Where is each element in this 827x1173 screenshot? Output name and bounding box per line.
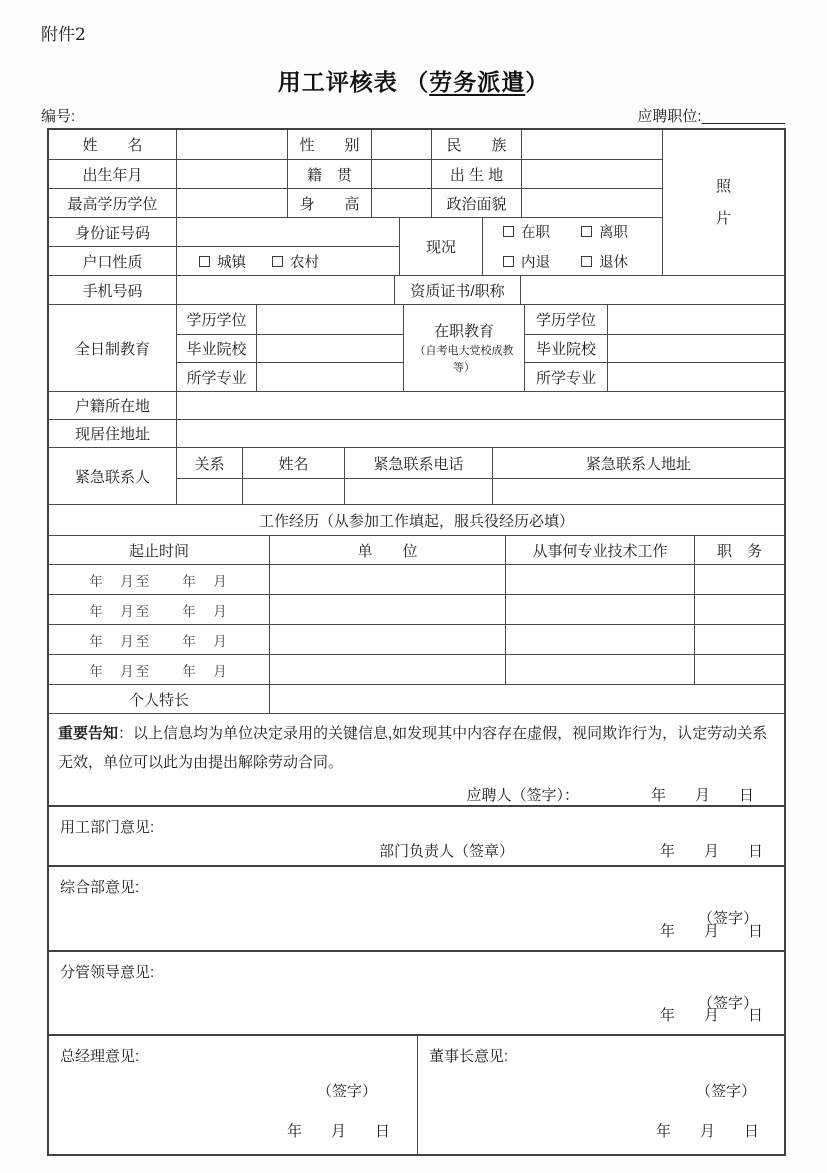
inservice-label-note: （自考电大党校成教等） (407, 343, 521, 376)
personal-specialty-input-cell[interactable] (269, 685, 784, 713)
table-row: 所学专业 (524, 362, 784, 391)
photo-label: 照片 (715, 171, 733, 234)
table-row: 最高学历学位 身 高 政治面貌 (49, 188, 662, 217)
retired-checkbox[interactable] (581, 256, 592, 267)
work-unit-input-cell[interactable] (269, 625, 505, 654)
id-hukou-stack: 身份证号码 户口性质 城镇 农村 (49, 218, 399, 275)
inservice-school-input-cell[interactable] (607, 335, 784, 363)
important-notice-section: 重要告知：以上信息均为单位决定录用的关键信息,如发现其中内容存在虚假，视同欺诈行… (49, 713, 784, 805)
employed-checkbox[interactable] (503, 226, 514, 237)
title-paren-open: （ (405, 69, 429, 95)
general-department-opinion-label: 综合部意见: (60, 876, 139, 897)
work-period-template[interactable]: 年 月至 年 月 (49, 565, 269, 594)
emergency-address-input-cell[interactable] (492, 479, 784, 504)
general-manager-opinion-section: 总经理意见: （签字） 年 月 日 (49, 1036, 417, 1154)
evaluation-form-table: 姓 名 性 别 民 族 出生年月 籍 贯 出 生 地 最高学历学位 (47, 128, 786, 1156)
registered-address-row: 户籍所在地 (49, 391, 784, 419)
emergency-relation-header: 关系 (176, 448, 242, 478)
work-period-header: 起止时间 (49, 536, 269, 564)
table-row: 学历学位 (524, 305, 784, 334)
work-specialty-header: 从事何专业技术工作 (505, 536, 694, 564)
general-manager-opinion-label: 总经理意见: (60, 1045, 139, 1066)
department-opinion-date: 年 月 日 (660, 840, 770, 861)
title-paren-close: ） (525, 69, 549, 95)
work-history-title: 工作经历（从参加工作填起，服兵役经历必填） (49, 505, 784, 535)
height-input-cell[interactable] (371, 189, 431, 217)
gender-input-cell[interactable] (371, 130, 431, 159)
fulltime-major-label: 所学专业 (176, 363, 256, 391)
general-department-opinion-date: 年 月 日 (660, 920, 770, 941)
work-specialty-input-cell[interactable] (505, 655, 694, 684)
origin-label: 籍 贯 (287, 160, 371, 188)
work-history-row: 年 月至 年 月 (49, 564, 784, 594)
early-retired-label: 内退 (521, 251, 550, 272)
work-history-title-row: 工作经历（从参加工作填起，服兵役经历必填） (49, 504, 784, 535)
hukou-option-rural: 农村 (272, 251, 319, 272)
early-retired-checkbox[interactable] (503, 256, 514, 267)
work-period-template[interactable]: 年 月至 年 月 (49, 655, 269, 684)
phone-cert-row: 手机号码 资质证书/职称 (49, 275, 784, 304)
id-status-rows: 身份证号码 户口性质 城镇 农村 现况 在职 (49, 217, 662, 275)
registered-address-label: 户籍所在地 (49, 392, 176, 419)
important-notice-label: 重要告知 (58, 725, 118, 742)
supervising-leader-opinion-label: 分管领导意见: (60, 961, 154, 982)
work-history-row: 年 月至 年 月 (49, 594, 784, 624)
work-unit-input-cell[interactable] (269, 565, 505, 594)
name-input-cell[interactable] (176, 130, 287, 159)
current-address-row: 现居住地址 (49, 419, 784, 447)
emergency-address-header: 紧急联系人地址 (492, 448, 784, 478)
department-opinion-label: 用工部门意见: (60, 816, 154, 837)
applied-position: 应聘职位: __________ (637, 105, 785, 126)
chairman-signature-label[interactable]: （签字） (696, 1080, 756, 1101)
politics-label: 政治面貌 (431, 189, 521, 217)
rural-label: 农村 (290, 251, 319, 272)
identity-section: 姓 名 性 别 民 族 出生年月 籍 贯 出 生 地 最高学历学位 (49, 130, 784, 275)
identity-left: 姓 名 性 别 民 族 出生年月 籍 贯 出 生 地 最高学历学位 (49, 130, 662, 275)
page-title: 用工评核表 （劳务派遣） (0, 64, 827, 97)
emergency-phone-input-cell[interactable] (344, 479, 492, 504)
birthplace-input-cell[interactable] (521, 160, 662, 188)
supervising-leader-opinion-date: 年 月 日 (660, 1004, 770, 1025)
emergency-header-row: 关系 姓名 紧急联系电话 紧急联系人地址 (176, 448, 784, 478)
status-label: 现况 (399, 218, 482, 275)
inservice-label-main: 在职教育 (434, 320, 494, 343)
form-number-label: 编号: (41, 105, 75, 126)
department-head-signature-label[interactable]: 部门负责人（签章） (379, 840, 514, 861)
emergency-name-header: 姓名 (242, 448, 344, 478)
photo-cell: 照片 (662, 130, 784, 275)
resigned-label: 离职 (599, 221, 628, 242)
table-row: 姓 名 性 别 民 族 (49, 130, 662, 159)
department-opinion-section: 用工部门意见: 部门负责人（签章） 年 月 日 (49, 805, 784, 865)
inservice-degree-input-cell[interactable] (607, 305, 784, 334)
emergency-contact-label: 紧急联系人 (49, 448, 176, 504)
form-document-page: 附件2 用工评核表 （劳务派遣） 编号: 应聘职位: __________ 姓 … (0, 0, 827, 1173)
birthplace-label: 出 生 地 (431, 160, 521, 188)
inservice-major-input-cell[interactable] (607, 363, 784, 391)
general-department-opinion-section: 综合部意见: （签字） 年 月 日 (49, 865, 784, 950)
name-label: 姓 名 (49, 130, 176, 159)
emergency-relation-input-cell[interactable] (176, 479, 242, 504)
status-option-resigned: 离职 (581, 221, 659, 242)
ethnic-label: 民 族 (431, 130, 521, 159)
inservice-degree-label: 学历学位 (524, 305, 607, 334)
degree-input-cell[interactable] (176, 189, 287, 217)
meta-row: 编号: 应聘职位: __________ (41, 105, 785, 126)
important-notice-text: ：以上信息均为单位决定录用的关键信息,如发现其中内容存在虚假，视同欺诈行为，认定… (58, 725, 767, 771)
work-position-input-cell[interactable] (694, 565, 784, 594)
birthdate-label: 出生年月 (49, 160, 176, 188)
work-history-header-row: 起止时间 单 位 从事何专业技术工作 职 务 (49, 535, 784, 564)
id-number-label: 身份证号码 (49, 218, 176, 246)
politics-input-cell[interactable] (521, 189, 662, 217)
hukou-label: 户口性质 (49, 247, 176, 275)
status-option-early-retired: 内退 (503, 251, 581, 272)
attachment-label: 附件2 (41, 20, 86, 45)
emergency-phone-header: 紧急联系电话 (344, 448, 492, 478)
birthdate-input-cell[interactable] (176, 160, 287, 188)
fulltime-degree-label: 学历学位 (176, 305, 256, 334)
chairman-opinion-section: 董事长意见: （签字） 年 月 日 (417, 1036, 784, 1154)
table-row: 户口性质 城镇 农村 (49, 246, 399, 275)
work-period-template[interactable]: 年 月至 年 月 (49, 595, 269, 624)
work-unit-input-cell[interactable] (269, 595, 505, 624)
chairman-opinion-date: 年 月 日 (656, 1120, 766, 1141)
work-history-row: 年 月至 年 月 (49, 654, 784, 684)
gender-label: 性 别 (287, 130, 371, 159)
id-number-input-cell[interactable] (176, 218, 399, 246)
degree-label: 最高学历学位 (49, 189, 176, 217)
work-position-header: 职 务 (694, 536, 784, 564)
inservice-school-label: 毕业院校 (524, 335, 607, 363)
work-history-row: 年 月至 年 月 (49, 624, 784, 654)
table-row: 毕业院校 (176, 334, 403, 363)
ethnic-input-cell[interactable] (521, 130, 662, 159)
title-dispatch-tag: 劳务派遣 (429, 69, 525, 95)
inservice-education-label: 在职教育 （自考电大党校成教等） (403, 305, 524, 391)
certificate-input-cell[interactable] (520, 276, 784, 304)
work-specialty-input-cell[interactable] (505, 565, 694, 594)
emergency-contact-section: 紧急联系人 关系 姓名 紧急联系电话 紧急联系人地址 (49, 447, 784, 504)
education-section: 全日制教育 学历学位 毕业院校 所学专业 在职教育 （自考电大党校成教等） (49, 304, 784, 391)
fulltime-education-label: 全日制教育 (49, 305, 176, 391)
work-position-input-cell[interactable] (694, 655, 784, 684)
inservice-major-label: 所学专业 (524, 363, 607, 391)
retired-label: 退休 (599, 251, 628, 272)
work-specialty-input-cell[interactable] (505, 595, 694, 624)
fulltime-school-label: 毕业院校 (176, 335, 256, 363)
origin-input-cell[interactable] (371, 160, 431, 188)
current-address-input-cell[interactable] (176, 420, 784, 447)
executive-opinions-row: 总经理意见: （签字） 年 月 日 董事长意见: （签字） 年 月 日 (49, 1034, 784, 1154)
rural-checkbox[interactable] (272, 256, 283, 267)
emergency-input-row (176, 478, 784, 504)
phone-input-cell[interactable] (176, 276, 394, 304)
emergency-contact-grid: 关系 姓名 紧急联系电话 紧急联系人地址 (176, 448, 784, 504)
emergency-name-input-cell[interactable] (242, 479, 344, 504)
supervising-leader-opinion-section: 分管领导意见: （签字） 年 月 日 (49, 950, 784, 1034)
hukou-option-urban: 城镇 (199, 251, 246, 272)
current-address-label: 现居住地址 (49, 420, 176, 447)
hukou-options-cell: 城镇 农村 (176, 247, 399, 275)
general-manager-opinion-date: 年 月 日 (287, 1120, 397, 1141)
work-period-template[interactable]: 年 月至 年 月 (49, 625, 269, 654)
title-main: 用工评核表 (278, 69, 398, 95)
work-specialty-input-cell[interactable] (505, 625, 694, 654)
table-row: 所学专业 (176, 362, 403, 391)
certificate-label: 资质证书/职称 (394, 276, 520, 304)
urban-checkbox[interactable] (199, 256, 210, 267)
applied-position-fill-line[interactable]: __________ (702, 108, 785, 125)
inservice-education-stack: 学历学位 毕业院校 所学专业 (524, 305, 784, 391)
employed-label: 在职 (521, 221, 550, 242)
fulltime-school-input-cell[interactable] (256, 335, 403, 363)
status-options-cell: 在职 离职 内退 退休 (482, 218, 662, 275)
urban-label: 城镇 (217, 251, 246, 272)
fulltime-education-stack: 学历学位 毕业院校 所学专业 (176, 305, 403, 391)
table-row: 毕业院校 (524, 334, 784, 363)
work-position-input-cell[interactable] (694, 595, 784, 624)
chairman-opinion-label: 董事长意见: (429, 1045, 508, 1066)
fulltime-major-input-cell[interactable] (256, 363, 403, 391)
personal-specialty-label: 个人特长 (49, 685, 269, 713)
personal-specialty-row: 个人特长 (49, 684, 784, 713)
table-row: 身份证号码 (49, 218, 399, 246)
general-manager-signature-label[interactable]: （签字） (317, 1080, 377, 1101)
work-unit-header: 单 位 (269, 536, 505, 564)
resigned-checkbox[interactable] (581, 226, 592, 237)
status-option-employed: 在职 (503, 221, 581, 242)
registered-address-input-cell[interactable] (176, 392, 784, 419)
work-unit-input-cell[interactable] (269, 655, 505, 684)
table-row: 出生年月 籍 贯 出 生 地 (49, 159, 662, 188)
work-position-input-cell[interactable] (694, 625, 784, 654)
table-row: 学历学位 (176, 305, 403, 334)
applied-position-label: 应聘职位: (637, 105, 701, 126)
height-label: 身 高 (287, 189, 371, 217)
phone-label: 手机号码 (49, 276, 176, 304)
fulltime-degree-input-cell[interactable] (256, 305, 403, 334)
status-option-retired: 退休 (581, 251, 659, 272)
